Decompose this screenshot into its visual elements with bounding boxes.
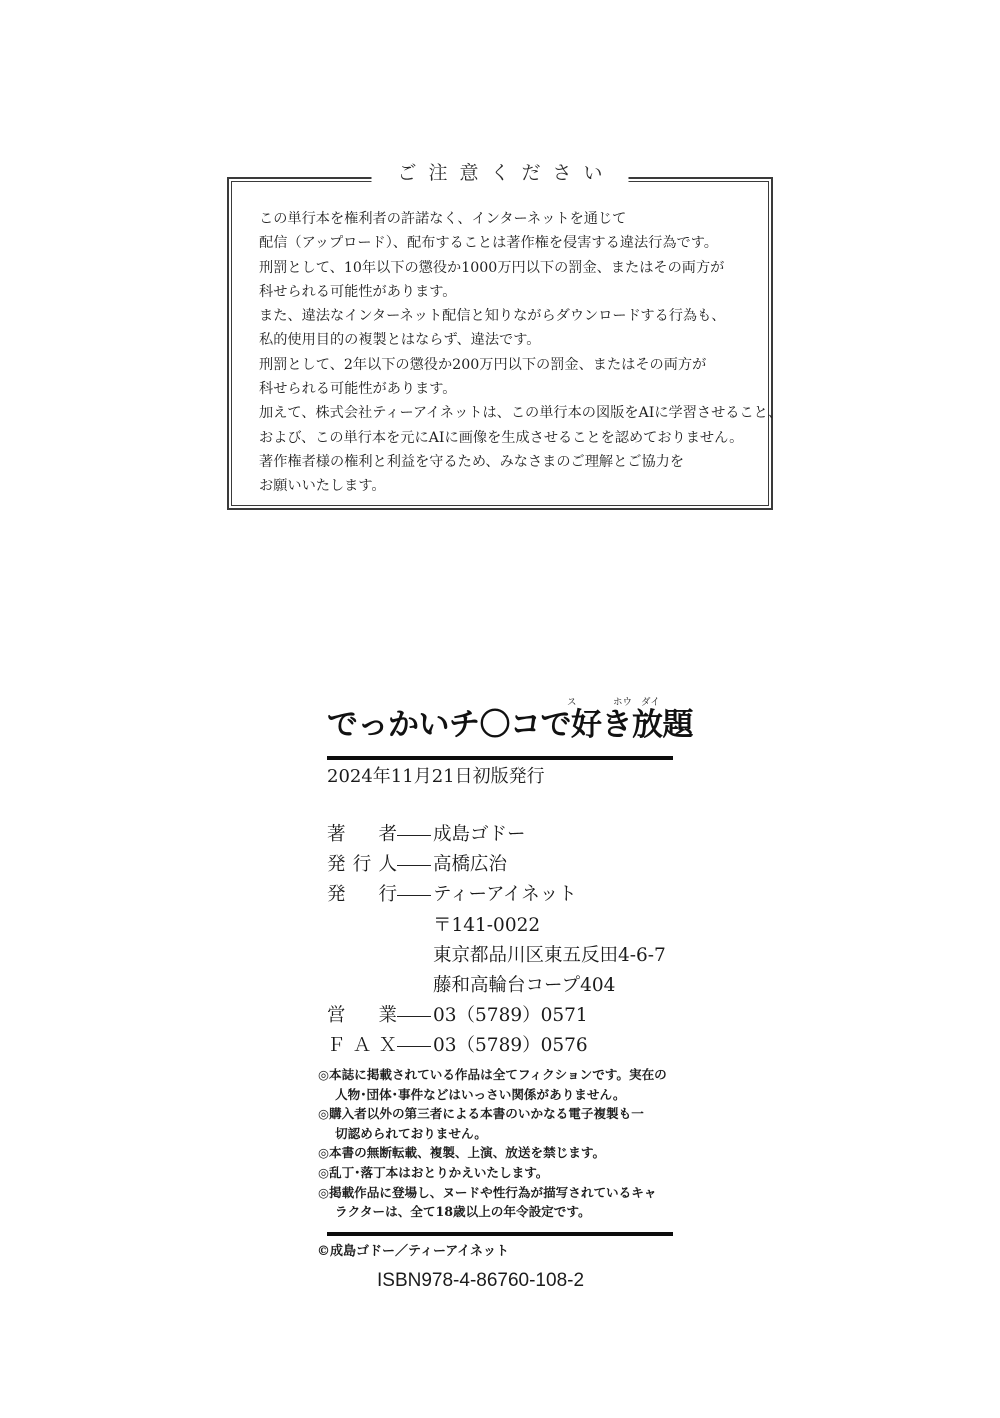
fax-number: 03（5789）0576 <box>433 1031 588 1061</box>
label-char: 人 <box>378 850 397 880</box>
credit-row-author: 著 者 成島ゴドー <box>327 820 666 850</box>
credit-row-sales: 営 業 03（5789）0571 <box>327 1001 666 1031</box>
note-item: ◎本誌に掲載されている作品は全てフィクションです。実在の <box>318 1065 678 1085</box>
dash-separator <box>397 1001 433 1031</box>
edition-date: 2024年11月21日初版発行 <box>327 762 545 788</box>
credit-label: Ｆ Ａ Ｘ <box>327 1031 397 1061</box>
copyright-notice-box: ご注意ください この単行本を権利者の許諾なく、インターネットを通じて 配信（アッ… <box>227 177 773 510</box>
label-char: 発 <box>327 880 346 910</box>
credit-label: 営 業 <box>327 1001 397 1031</box>
notice-heading: ご注意ください <box>371 160 628 186</box>
title-rule <box>327 756 673 760</box>
legal-notes: ◎本誌に掲載されている作品は全てフィクションです。実在の 人物･団体･事件などは… <box>318 1065 678 1222</box>
label-char: 発 <box>327 850 346 880</box>
notice-line: この単行本を権利者の許諾なく、インターネットを通じて <box>259 207 758 231</box>
notice-line: 刑罰として、10年以下の懲役か1000万円以下の罰金、またはその両方が <box>259 256 758 280</box>
notice-line: 刑罰として、2年以下の懲役か200万円以下の罰金、またはその両方が <box>259 353 758 377</box>
notice-line: お願いいたします。 <box>259 474 758 498</box>
credits-block: 著 者 成島ゴドー 発 行 人 高橋広治 発 行 ティーアイネット 〒141-0… <box>327 820 666 1062</box>
label-char: Ｘ <box>378 1031 397 1061</box>
label-char: 著 <box>327 820 346 850</box>
address-line-2: 藤和高輪台コープ404 <box>327 971 666 1001</box>
credit-value: 成島ゴドー <box>433 820 526 850</box>
notice-body: この単行本を権利者の許諾なく、インターネットを通じて 配信（アップロード）、配布… <box>259 207 758 499</box>
label-char: 者 <box>378 820 397 850</box>
credit-label: 発 行 <box>327 880 397 910</box>
credit-row-publisher-person: 発 行 人 高橋広治 <box>327 850 666 880</box>
notice-line: および、この単行本を元にAIに画像を生成させることを認めておりません。 <box>259 426 758 450</box>
notice-line: 科せられる可能性があります。 <box>259 377 758 401</box>
footer-rule <box>327 1232 673 1236</box>
dash-separator <box>397 880 433 910</box>
note-item-cont: ラクターは、全て18歳以上の年令設定です。 <box>318 1202 678 1222</box>
notice-line: 著作権者様の権利と利益を守るため、みなさまのご理解とご協力を <box>259 450 758 474</box>
credit-row-publisher: 発 行 ティーアイネット <box>327 880 666 910</box>
isbn: ISBN978-4-86760-108-2 <box>377 1270 584 1292</box>
credit-row-fax: Ｆ Ａ Ｘ 03（5789）0576 <box>327 1031 666 1061</box>
note-item: ◎乱丁･落丁本はおとりかえいたします。 <box>318 1163 678 1183</box>
label-char: 行 <box>353 850 372 880</box>
label-char: Ｆ <box>327 1031 346 1061</box>
sales-phone: 03（5789）0571 <box>433 1001 588 1031</box>
label-char: 営 <box>327 1001 346 1031</box>
credit-label: 著 者 <box>327 820 397 850</box>
note-item: ◎購入者以外の第三者による本書のいかなる電子複製も一 <box>318 1104 678 1124</box>
notice-line: 私的使用目的の複製とはならず、違法です。 <box>259 328 758 352</box>
address-line-1: 東京都品川区東五反田4-6-7 <box>327 941 666 971</box>
dash-separator <box>397 850 433 880</box>
credit-value: ティーアイネット <box>433 880 577 910</box>
note-item-cont: 人物･団体･事件などはいっさい関係がありません。 <box>318 1085 678 1105</box>
label-char: Ａ <box>353 1031 372 1061</box>
note-item: ◎本書の無断転載、複製、上演、放送を禁じます。 <box>318 1143 678 1163</box>
colophon: ス ホウ ダイ でっかいチ〇コで好き放題 2024年11月21日初版発行 著 者… <box>327 690 673 752</box>
credit-value: 高橋広治 <box>433 850 507 880</box>
note-item-cont: 切認められておりません。 <box>318 1124 678 1144</box>
title-block: ス ホウ ダイ でっかいチ〇コで好き放題 <box>327 690 673 752</box>
note-item: ◎掲載作品に登場し、ヌードや性行為が描写されているキャ <box>318 1183 678 1203</box>
label-char: 行 <box>378 880 397 910</box>
credit-label: 発 行 人 <box>327 850 397 880</box>
notice-line: 科せられる可能性があります。 <box>259 280 758 304</box>
notice-line: また、違法なインターネット配信と知りながらダウンロードする行為も、 <box>259 304 758 328</box>
dash-separator <box>397 820 433 850</box>
notice-line: 配信（アップロード）、配布することは著作権を侵害する違法行為です。 <box>259 231 758 255</box>
dash-separator <box>397 1031 433 1061</box>
address-postal: 〒141-0022 <box>327 911 666 941</box>
book-title: でっかいチ〇コで好き放題 <box>327 699 693 744</box>
notice-line: 加えて、株式会社ティーアイネットは、この単行本の図版をAIに学習させること、 <box>259 401 758 425</box>
notice-inner-border: ご注意ください この単行本を権利者の許諾なく、インターネットを通じて 配信（アッ… <box>231 181 769 506</box>
copyright-line: ©成島ゴドー／ティーアイネット <box>317 1240 509 1259</box>
label-char: 業 <box>378 1001 397 1031</box>
